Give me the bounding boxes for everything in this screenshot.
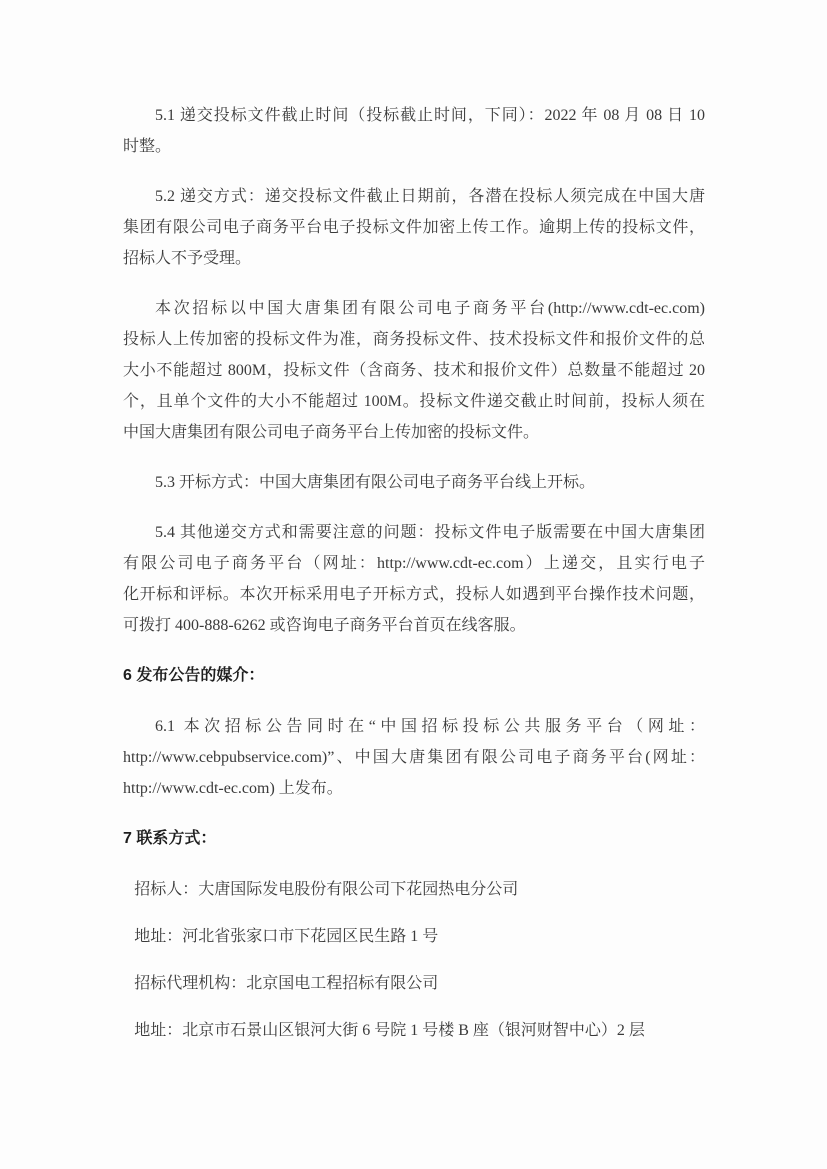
text-line: 个，且单个文件的大小不能超过 100M。投标文件递交截止时间前，投标人须在: [123, 386, 705, 417]
text-line: 有限公司电子商务平台（网址：http://www.cdt-ec.com）上递交，…: [123, 548, 705, 579]
text-line: 时整。: [123, 131, 705, 162]
para-5-3-bid-opening-method: 5.3 开标方式：中国大唐集团有限公司电子商务平台线上开标。: [123, 467, 705, 498]
text-line: 6.1 本次招标公告同时在“中国招标投标公共服务平台（网址：: [123, 711, 705, 742]
document-page: 5.1 递交投标文件截止时间（投标截止时间，下同）：2022 年 08 月 08…: [0, 0, 827, 1169]
text-line: 投标人上传加密的投标文件为准，商务投标文件、技术投标文件和报价文件的总: [123, 324, 705, 355]
text-line: 本次招标以中国大唐集团有限公司电子商务平台(http://www.cdt-ec.…: [123, 293, 705, 324]
text-line: http://www.cebpubservice.com)”、中国大唐集团有限公…: [123, 742, 705, 773]
text-line: 5.1 递交投标文件截止时间（投标截止时间，下同）：2022 年 08 月 08…: [123, 100, 705, 131]
text-line: 5.2 递交方式：递交投标文件截止日期前，各潜在投标人须完成在中国大唐: [123, 181, 705, 212]
text-line: 7 联系方式：: [123, 823, 705, 854]
heading-6-announcement-media: 6 发布公告的媒介：: [123, 660, 705, 691]
heading-7-contact-info: 7 联系方式：: [123, 823, 705, 854]
text-line: http://www.cdt-ec.com) 上发布。: [123, 773, 705, 804]
contact-agency-address: 地址：北京市石景山区银河大街 6 号院 1 号楼 B 座（银河财智中心）2 层: [123, 1015, 705, 1046]
para-5-4-other-notes: 5.4 其他递交方式和需要注意的问题：投标文件电子版需要在中国大唐集团有限公司电…: [123, 517, 705, 641]
text-line: 化开标和评标。本次开标采用电子开标方式，投标人如遇到平台操作技术问题，: [123, 579, 705, 610]
text-line: 招标人：大唐国际发电股份有限公司下花园热电分公司: [123, 874, 705, 905]
para-5-2-submission-method: 5.2 递交方式：递交投标文件截止日期前，各潜在投标人须完成在中国大唐集团有限公…: [123, 181, 705, 274]
text-line: 可拨打 400-888-6262 或咨询电子商务平台首页在线客服。: [123, 610, 705, 641]
contact-tenderer: 招标人：大唐国际发电股份有限公司下花园热电分公司: [123, 874, 705, 905]
text-line: 地址：河北省张家口市下花园区民生路 1 号: [123, 921, 705, 952]
text-line: 大小不能超过 800M，投标文件（含商务、技术和报价文件）总数量不能超过 20: [123, 355, 705, 386]
para-6-1-publication-platforms: 6.1 本次招标公告同时在“中国招标投标公共服务平台（网址：http://www…: [123, 711, 705, 804]
text-line: 6 发布公告的媒介：: [123, 660, 705, 691]
document-content: 5.1 递交投标文件截止时间（投标截止时间，下同）：2022 年 08 月 08…: [123, 100, 705, 1046]
text-line: 中国大唐集团有限公司电子商务平台上传加密的投标文件。: [123, 417, 705, 448]
text-line: 招标人不予受理。: [123, 243, 705, 274]
para-5-1-submission-deadline: 5.1 递交投标文件截止时间（投标截止时间，下同）：2022 年 08 月 08…: [123, 100, 705, 162]
text-line: 招标代理机构：北京国电工程招标有限公司: [123, 968, 705, 999]
text-line: 5.4 其他递交方式和需要注意的问题：投标文件电子版需要在中国大唐集团: [123, 517, 705, 548]
text-line: 地址：北京市石景山区银河大街 6 号院 1 号楼 B 座（银河财智中心）2 层: [123, 1015, 705, 1046]
text-line: 集团有限公司电子商务平台电子投标文件加密上传工作。逾期上传的投标文件，: [123, 212, 705, 243]
contact-tenderer-address: 地址：河北省张家口市下花园区民生路 1 号: [123, 921, 705, 952]
text-line: 5.3 开标方式：中国大唐集团有限公司电子商务平台线上开标。: [123, 467, 705, 498]
para-platform-upload-rules: 本次招标以中国大唐集团有限公司电子商务平台(http://www.cdt-ec.…: [123, 293, 705, 448]
contact-agency: 招标代理机构：北京国电工程招标有限公司: [123, 968, 705, 999]
